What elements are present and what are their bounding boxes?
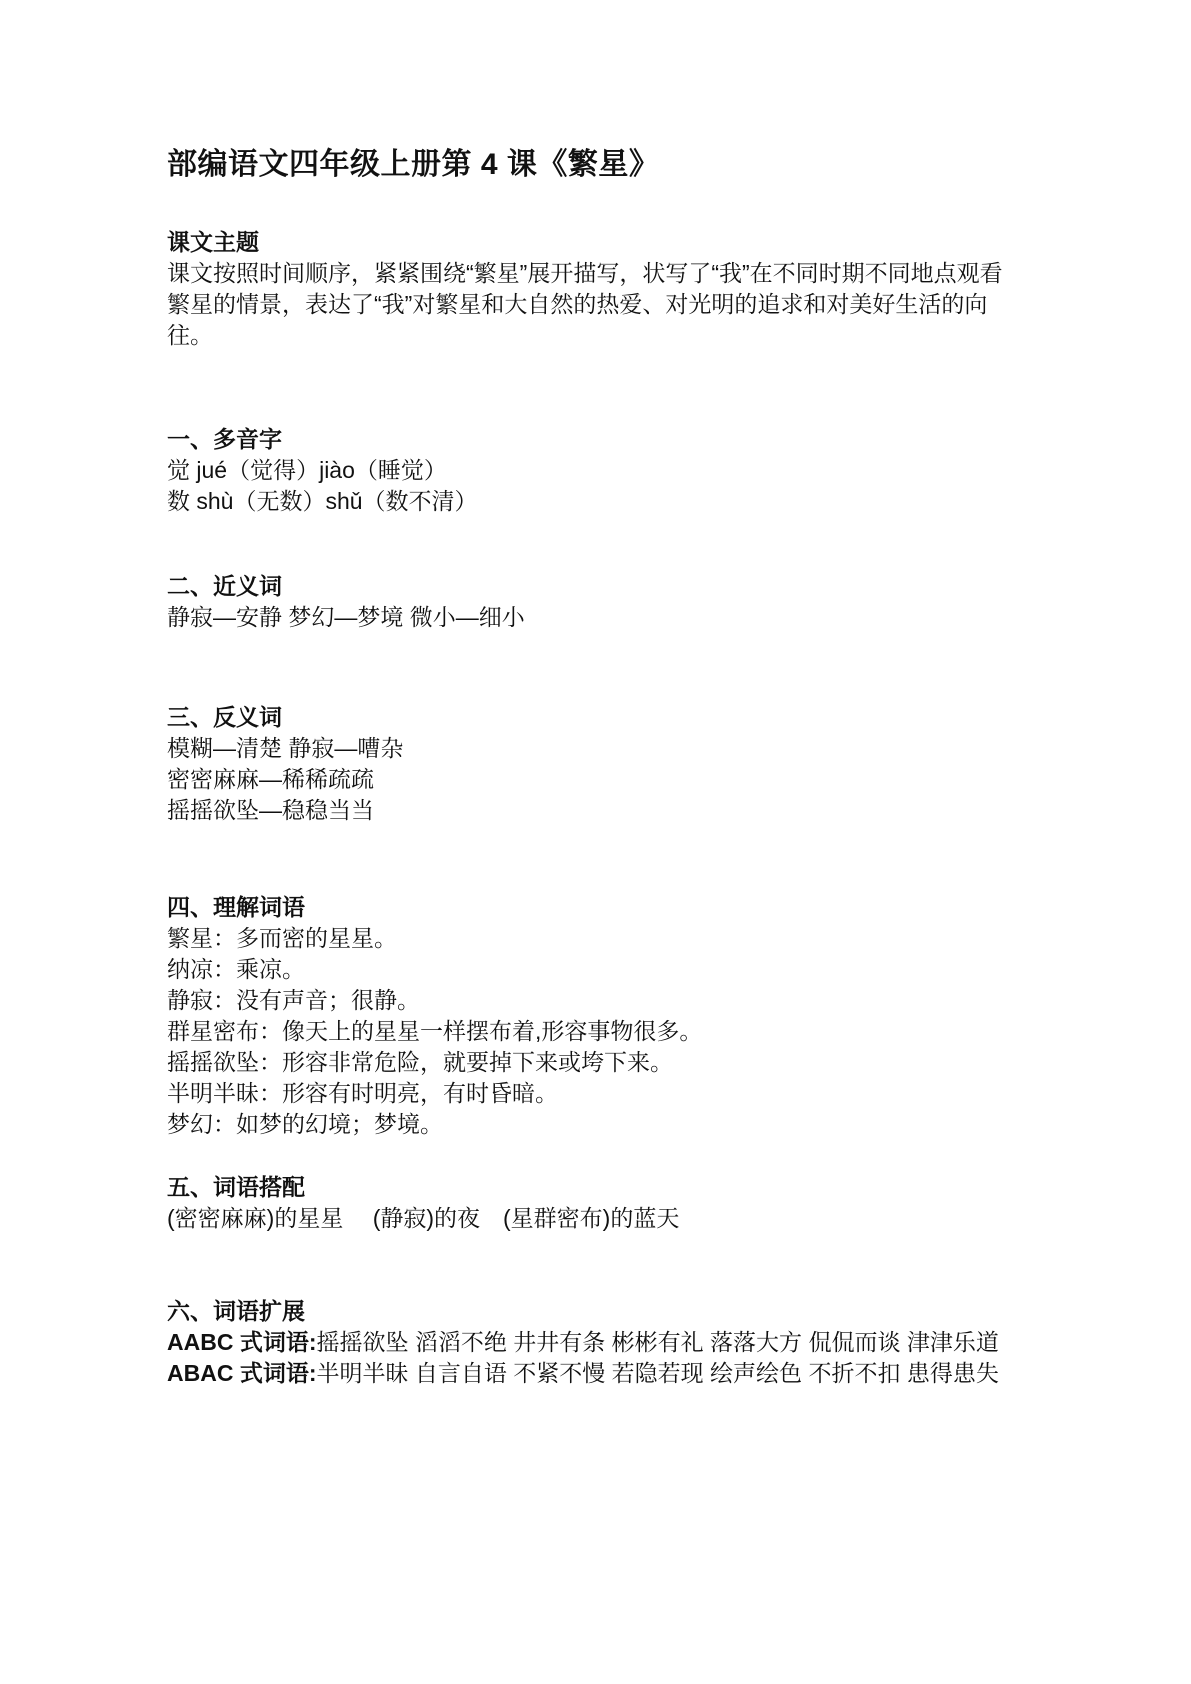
- text-line: (密密麻麻)的星星 (静寂)的夜 (星群密布)的蓝天: [167, 1203, 1024, 1234]
- section-heading: 五、词语搭配: [167, 1172, 1024, 1203]
- pattern-label: AABC 式词语:: [167, 1329, 317, 1355]
- text-line: 繁星：多而密的星星。: [167, 923, 1024, 954]
- section-heading: 二、近义词: [167, 571, 1024, 602]
- section-word-meanings: 四、理解词语 繁星：多而密的星星。 纳凉：乘凉。 静寂：没有声音；很静。 群星密…: [167, 892, 1024, 1140]
- section-synonyms: 二、近义词 静寂—安静 梦幻—梦境 微小—细小: [167, 571, 1024, 633]
- text-line: ABAC 式词语:半明半昧 自言自语 不紧不慢 若隐若现 绘声绘色 不折不扣 患…: [167, 1358, 1024, 1389]
- section-word-expansion: 六、词语扩展 AABC 式词语:摇摇欲坠 滔滔不绝 井井有条 彬彬有礼 落落大方…: [167, 1296, 1024, 1389]
- section-antonyms: 三、反义词 模糊—清楚 静寂—嘈杂 密密麻麻—稀稀疏疏 摇摇欲坠—稳稳当当: [167, 702, 1024, 826]
- pattern-words: 半明半昧 自言自语 不紧不慢 若隐若现 绘声绘色 不折不扣 患得患失: [317, 1360, 999, 1386]
- section-heading: 三、反义词: [167, 702, 1024, 733]
- text-line: 模糊—清楚 静寂—嘈杂: [167, 733, 1024, 764]
- text-line: 觉 jué（觉得）jiào（睡觉）: [167, 455, 1024, 486]
- text-line: 梦幻：如梦的幻境；梦境。: [167, 1109, 1024, 1140]
- document-title: 部编语文四年级上册第 4 课《繁星》: [167, 145, 1024, 185]
- section-theme: 课文主题 课文按照时间顺序，紧紧围绕“繁星”展开描写，状写了“我”在不同时期不同…: [167, 227, 1024, 351]
- text-line: 纳凉：乘凉。: [167, 954, 1024, 985]
- document-page: 部编语文四年级上册第 4 课《繁星》 课文主题 课文按照时间顺序，紧紧围绕“繁星…: [0, 0, 1191, 1684]
- section-heading: 一、多音字: [167, 424, 1024, 455]
- text-line: 摇摇欲坠：形容非常危险，就要掉下来或垮下来。: [167, 1047, 1024, 1078]
- pattern-words: 摇摇欲坠 滔滔不绝 井井有条 彬彬有礼 落落大方 侃侃而谈 津津乐道: [317, 1329, 999, 1355]
- pattern-label: ABAC 式词语:: [167, 1360, 317, 1386]
- text-line: 数 shù（无数）shǔ（数不清）: [167, 486, 1024, 517]
- text-line: 静寂：没有声音；很静。: [167, 985, 1024, 1016]
- text-line: 摇摇欲坠—稳稳当当: [167, 795, 1024, 826]
- text-line: 密密麻麻—稀稀疏疏: [167, 764, 1024, 795]
- section-heading: 四、理解词语: [167, 892, 1024, 923]
- text-line: 群星密布：像天上的星星一样摆布着,形容事物很多。: [167, 1016, 1024, 1047]
- section-collocations: 五、词语搭配 (密密麻麻)的星星 (静寂)的夜 (星群密布)的蓝天: [167, 1172, 1024, 1234]
- text-line: 半明半昧：形容有时明亮，有时昏暗。: [167, 1078, 1024, 1109]
- text-line: AABC 式词语:摇摇欲坠 滔滔不绝 井井有条 彬彬有礼 落落大方 侃侃而谈 津…: [167, 1327, 1024, 1358]
- section-polyphones: 一、多音字 觉 jué（觉得）jiào（睡觉） 数 shù（无数）shǔ（数不清…: [167, 424, 1024, 517]
- theme-heading: 课文主题: [167, 227, 1024, 258]
- text-line: 静寂—安静 梦幻—梦境 微小—细小: [167, 602, 1024, 633]
- theme-paragraph: 课文按照时间顺序，紧紧围绕“繁星”展开描写，状写了“我”在不同时期不同地点观看繁…: [167, 258, 1024, 351]
- section-heading: 六、词语扩展: [167, 1296, 1024, 1327]
